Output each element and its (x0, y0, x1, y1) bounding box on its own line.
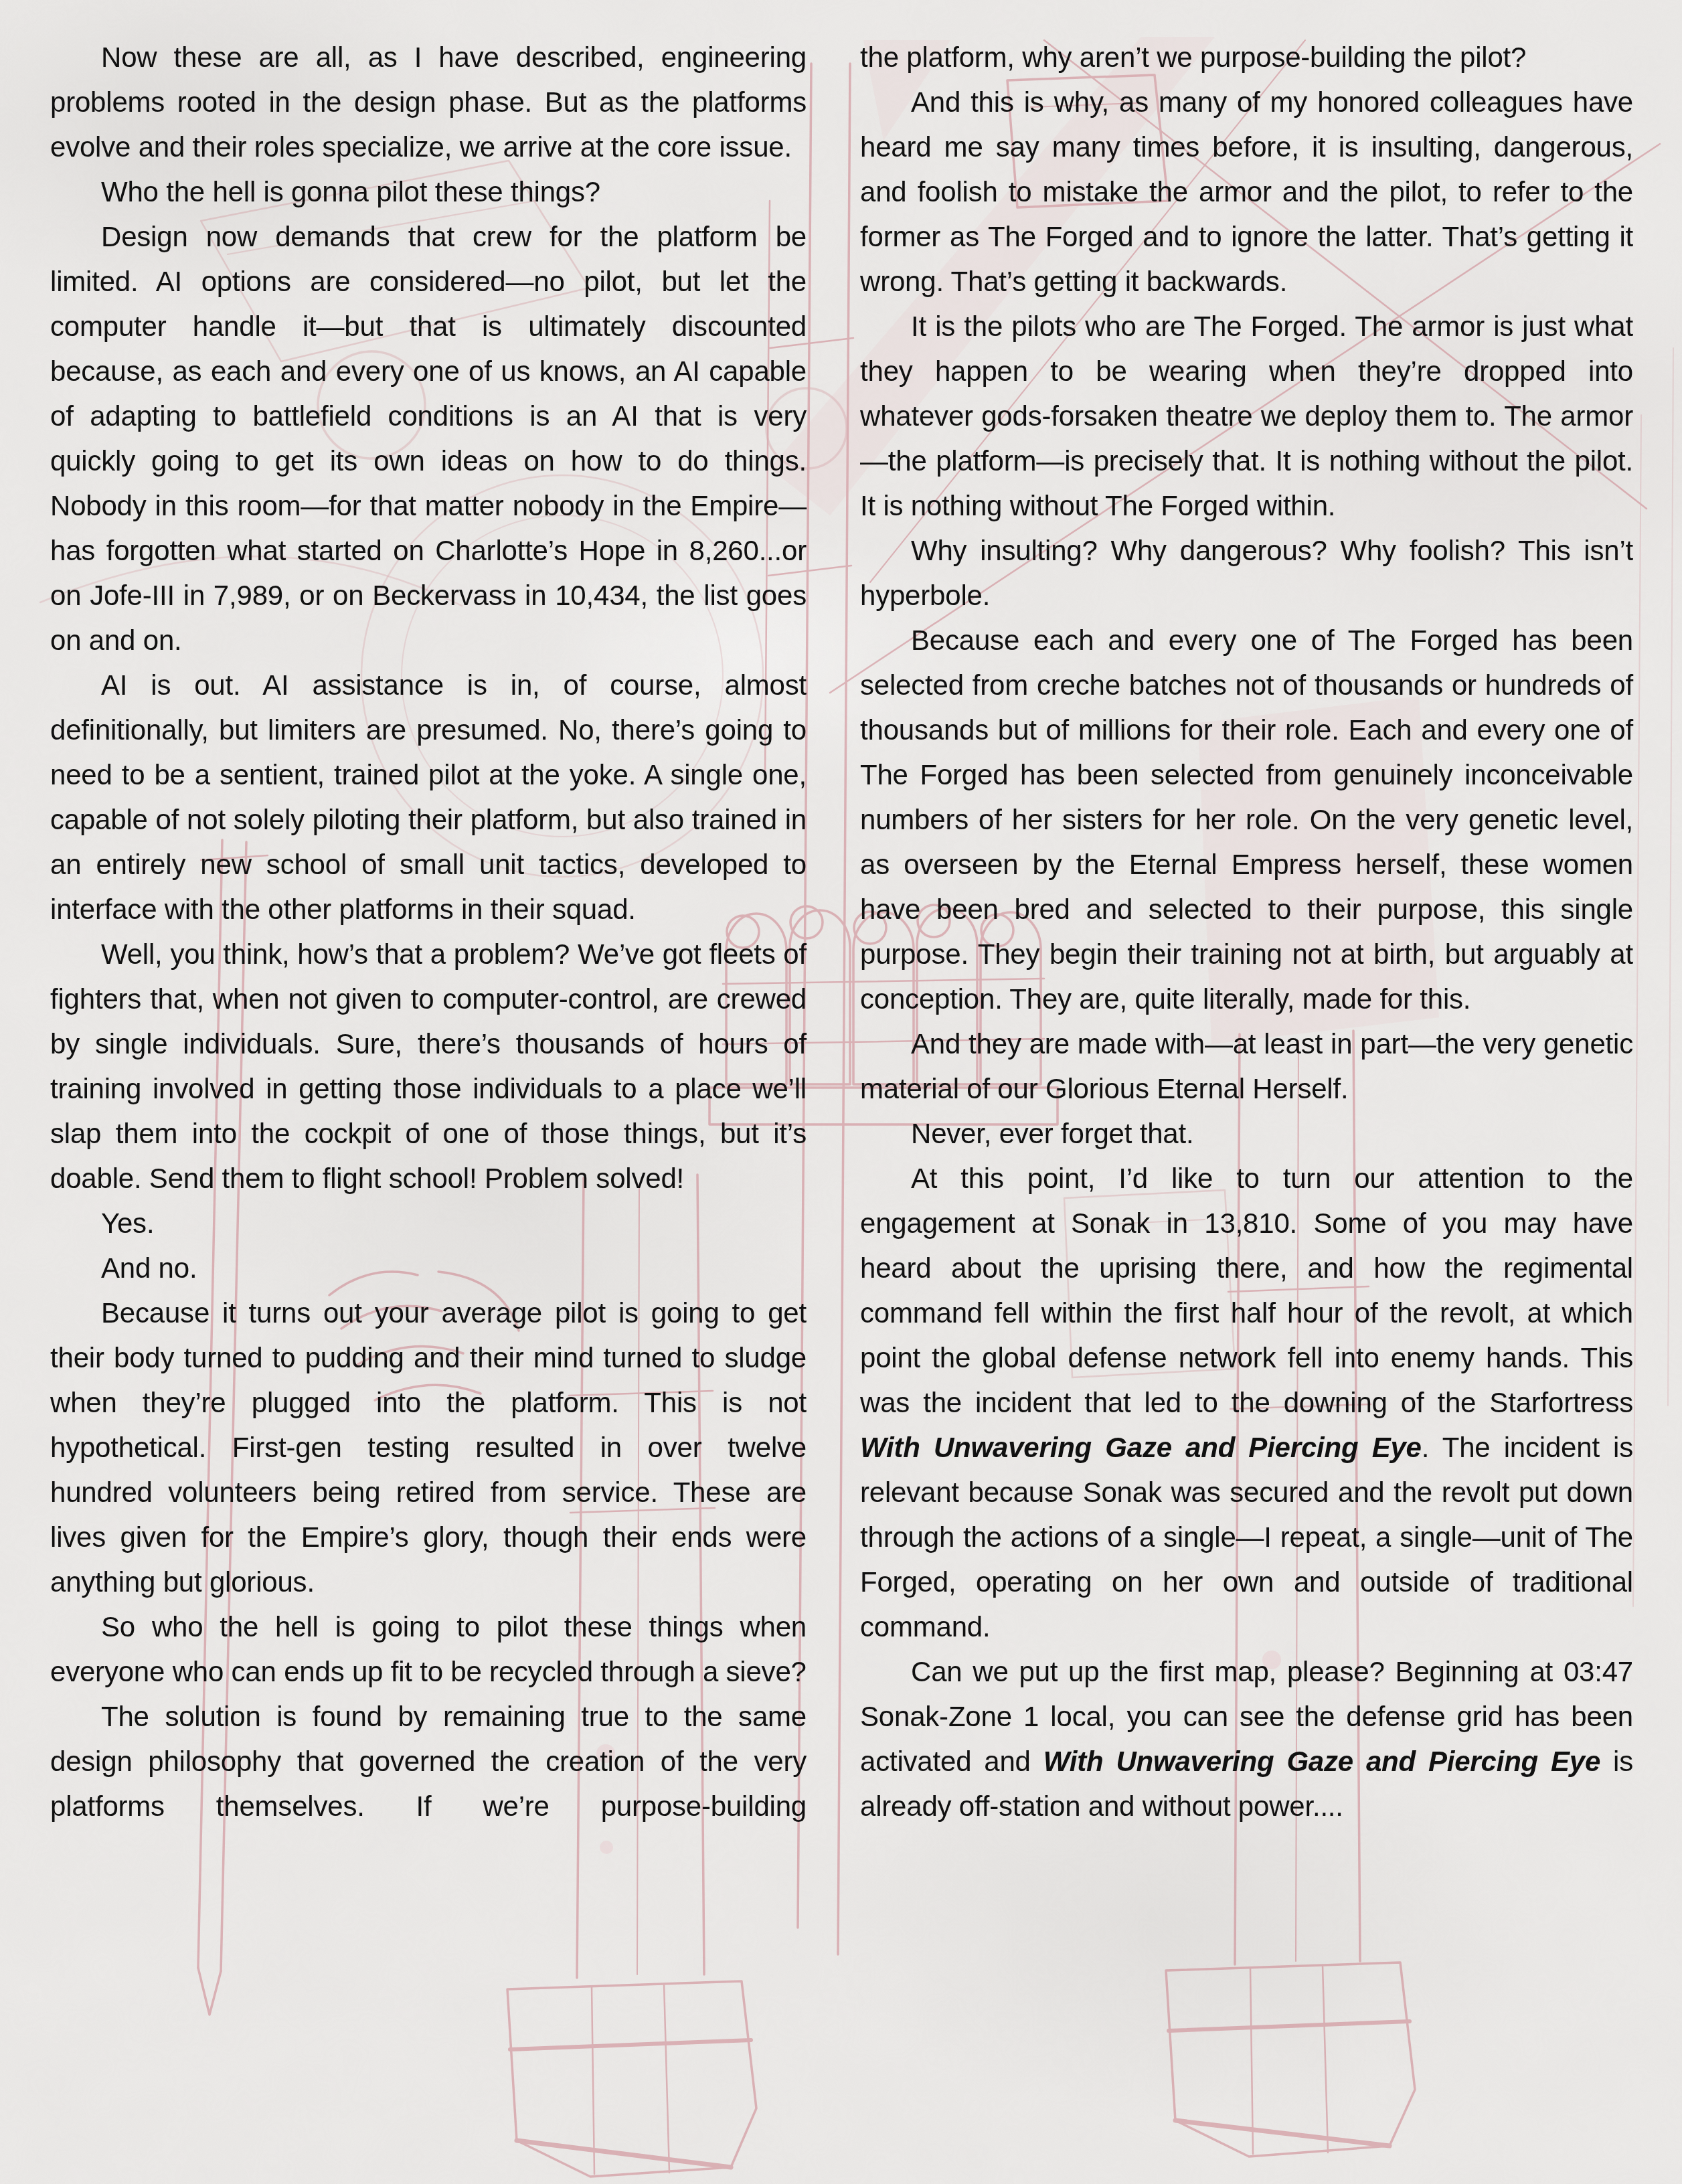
text-run: And they are made with—at least in part—… (860, 1028, 1633, 1104)
paragraph: Can we put up the first map, please? Beg… (860, 1649, 1633, 1829)
text-run: Well, you think, how’s that a problem? W… (50, 938, 807, 1194)
paragraph: the platform, why aren’t we purpose-buil… (860, 35, 1633, 80)
text-run: Now these are all, as I have described, … (50, 41, 807, 163)
paragraph: Yes. (50, 1201, 807, 1246)
paragraph: It is the pilots who are The Forged. The… (860, 304, 1633, 528)
text-run: Why insulting? Why dangerous? Why foolis… (860, 535, 1633, 611)
paragraph: AI is out. AI assistance is in, of cours… (50, 663, 807, 932)
text-run: It is the pilots who are The Forged. The… (860, 311, 1633, 521)
text-run: And this is why, as many of my honored c… (860, 86, 1633, 297)
text-run: The solution is found by remaining true … (50, 1701, 807, 1822)
paragraph: Because each and every one of The Forged… (860, 618, 1633, 1021)
text-run: Because each and every one of The Forged… (860, 624, 1633, 1015)
paragraph: And this is why, as many of my honored c… (860, 80, 1633, 304)
ship-name-emphasis: With Unwavering Gaze and Piercing Eye (1043, 1746, 1600, 1777)
text-run: Because it turns out your average pilot … (50, 1297, 807, 1598)
text-run: Never, ever forget that. (911, 1118, 1193, 1149)
text-run: Yes. (101, 1207, 154, 1239)
text-run: AI is out. AI assistance is in, of cours… (50, 669, 807, 925)
paragraph: The solution is found by remaining true … (50, 1694, 807, 1829)
paragraph: Never, ever forget that. (860, 1111, 1633, 1156)
text-run: At this point, I’d like to turn our atte… (860, 1163, 1633, 1418)
text-column-left: Now these are all, as I have described, … (50, 35, 807, 1829)
text-run: So who the hell is going to pilot these … (50, 1611, 807, 1687)
text-run: Who the hell is gonna pilot these things… (101, 176, 600, 207)
paragraph: Design now demands that crew for the pla… (50, 214, 807, 663)
paragraph: At this point, I’d like to turn our atte… (860, 1156, 1633, 1649)
document-page: { "document": { "colors": { "paper": "#e… (0, 0, 1682, 2184)
text-run: . The incident is relevant because Sonak… (860, 1432, 1633, 1643)
text-run: And no. (101, 1252, 197, 1284)
text-run: Design now demands that crew for the pla… (50, 221, 807, 656)
ship-name-emphasis: With Unwavering Gaze and Piercing Eye (860, 1432, 1422, 1463)
paragraph: So who the hell is going to pilot these … (50, 1604, 807, 1694)
text-run: the platform, why aren’t we purpose-buil… (860, 41, 1526, 73)
paragraph: And no. (50, 1246, 807, 1290)
paragraph: Now these are all, as I have described, … (50, 35, 807, 169)
paragraph: Because it turns out your average pilot … (50, 1290, 807, 1604)
paragraph: Well, you think, how’s that a problem? W… (50, 932, 807, 1201)
paragraph: Who the hell is gonna pilot these things… (50, 169, 807, 214)
text-column-right: the platform, why aren’t we purpose-buil… (860, 35, 1633, 1829)
paragraph: And they are made with—at least in part—… (860, 1021, 1633, 1111)
paragraph: Why insulting? Why dangerous? Why foolis… (860, 528, 1633, 618)
